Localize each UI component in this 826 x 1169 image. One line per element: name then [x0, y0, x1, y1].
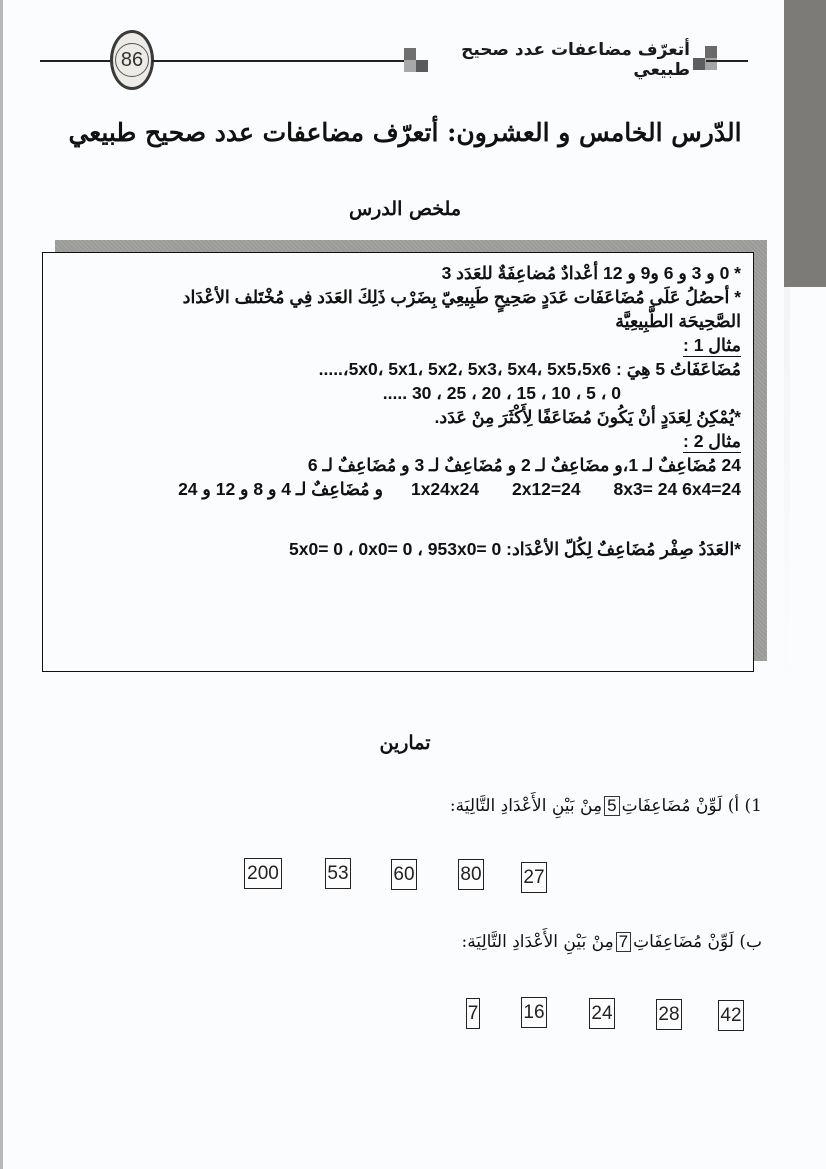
color-option-box[interactable]: 42	[718, 1000, 744, 1031]
decorative-squares-icon	[693, 46, 719, 72]
color-option-box[interactable]: 24	[589, 998, 615, 1029]
summary-line: * أحصُلُ عَلَى مُضَاعَفَات عَدَدٍ صَحِيح…	[57, 285, 741, 309]
chapter-side-tab	[784, 0, 826, 287]
summary-line: الصَّحِيحَة الطَّبِيعِيَّة	[57, 309, 741, 333]
summary-heading: ملخص الدرس	[40, 198, 770, 220]
lesson-title: الدّرس الخامس و العشرون: أتعرّف مضاعفات …	[40, 118, 770, 147]
example-1-expression: مُضَاعَفَاتُ 5 هِيَ : 5x0، 5x1، 5x2، 5x3…	[57, 357, 741, 381]
page-edge	[0, 0, 3, 1169]
product-item: 2x12=24	[512, 479, 581, 499]
color-option-box[interactable]: 200	[244, 858, 282, 889]
header-rule-right	[706, 60, 748, 62]
question-1b: ب) لَوِّنْ مُضَاعِفَاتِ7مِنْ بَيْنِ الأَ…	[461, 932, 762, 952]
zero-note: *العَدَدُ صِفْر مُضَاعِفٌ لِكُلّ الأعْدَ…	[57, 537, 741, 561]
running-header-title: أتعرّف مضاعفات عدد صحيح طبيعي	[432, 40, 690, 80]
color-option-box[interactable]: 16	[521, 997, 547, 1028]
page-number-badge: 86	[110, 30, 154, 90]
target-number-box: 7	[616, 932, 631, 952]
question-1a: 1) أ) لَوِّنْ مُضَاعِفَاتِ5مِنْ بَيْنِ ا…	[450, 796, 762, 816]
example-2-label: مثال 2 :	[683, 430, 741, 453]
color-option-box[interactable]: 7	[466, 998, 480, 1029]
color-option-box[interactable]: 60	[391, 859, 417, 890]
example-1-label: مثال 1 :	[683, 334, 741, 357]
product-item: 1x24x24	[411, 479, 479, 499]
exercises-heading: تمارين	[40, 732, 770, 754]
example-2-products: 1x24x24 2x12=24 8x3= 24 6x4=24و مُضَاعِف…	[57, 477, 741, 501]
target-number-box: 5	[604, 796, 619, 816]
example-2-statement: 24 مُضَاعِفٌ لـ 1،و مضَاعِفٌ لـ 2 و مُضَ…	[57, 453, 741, 477]
header-rule-middle	[152, 60, 404, 62]
question-suffix: مِنْ بَيْنِ الأَعْدَادِ التَّالِيَة:	[450, 796, 602, 816]
summary-note: *يُمْكِنُ لِعَدَدٍ أنْ يَكُونَ مُضَاعَفً…	[57, 405, 741, 429]
lesson-summary-box: * 0 و 3 و 6 و9 و 12 أعْدادٌ مُضاعِفَةٌ ل…	[42, 252, 754, 672]
header-rule-left	[40, 60, 112, 62]
question-prefix: 1) أ) لَوِّنْ مُضَاعِفَاتِ	[622, 796, 762, 816]
question-suffix: مِنْ بَيْنِ الأَعْدَادِ التَّالِيَة:	[461, 932, 613, 952]
summary-line: * 0 و 3 و 6 و9 و 12 أعْدادٌ مُضاعِفَةٌ ل…	[57, 261, 741, 285]
color-option-box[interactable]: 27	[521, 862, 547, 893]
decorative-squares-icon	[404, 48, 430, 74]
example-1-values: 0 ، 5 ، 10 ، 15 ، 20 ، 25 ، 30 .....	[57, 381, 741, 405]
question-prefix: ب) لَوِّنْ مُضَاعِفَاتِ	[633, 932, 762, 952]
page-margin-strip	[784, 287, 790, 687]
color-option-box[interactable]: 53	[325, 858, 351, 889]
color-option-box[interactable]: 80	[458, 859, 484, 890]
product-item: 8x3= 24	[613, 479, 677, 499]
page-number: 86	[121, 49, 143, 72]
color-option-box[interactable]: 28	[656, 999, 682, 1030]
